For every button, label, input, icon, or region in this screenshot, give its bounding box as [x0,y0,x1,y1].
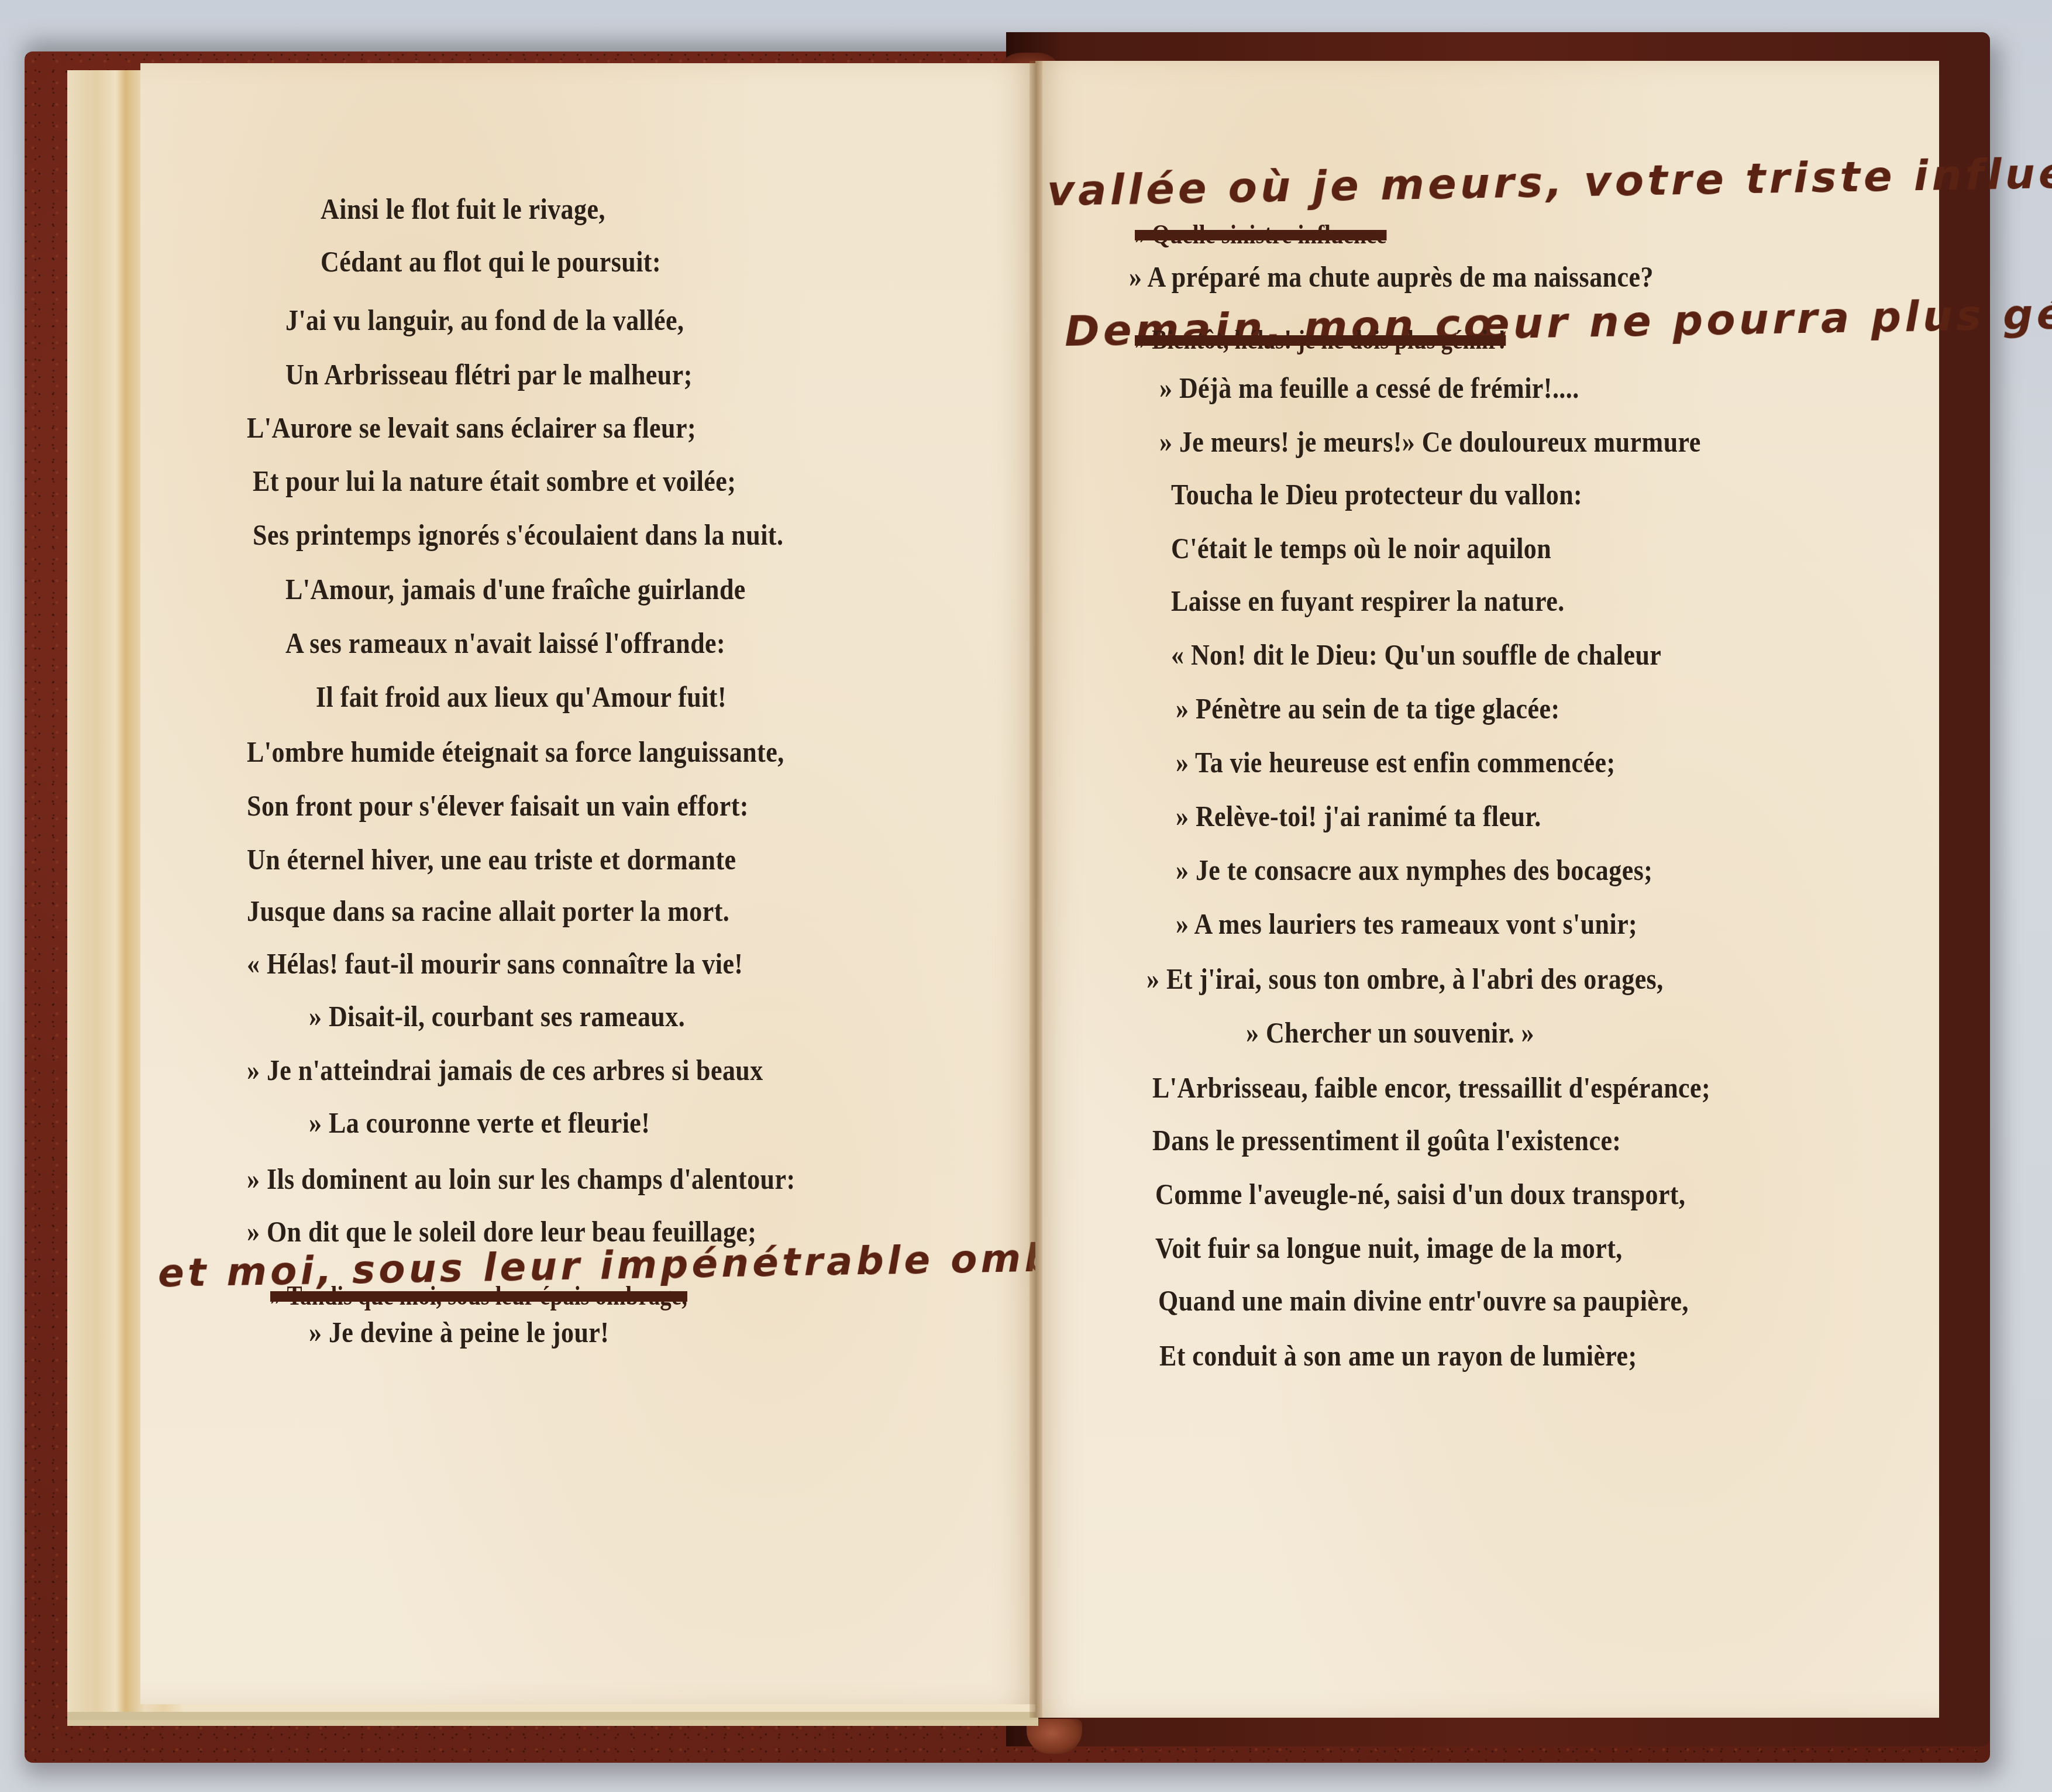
verse-line: J'ai vu languir, au fond de la vallée, [285,303,684,337]
verse-line: » Et j'irai, sous ton ombre, à l'abri de… [1146,962,1664,996]
verse-line: » Je meurs! je meurs!» Ce douloureux mur… [1159,425,1701,459]
verse-line: « Non! dit le Dieu: Qu'un souffle de cha… [1171,638,1661,672]
struck-through-line: » Bientôt, hélas! je ne dois plus gémir! [1135,324,1506,355]
verse-line: » A mes lauriers tes rameaux vont s'unir… [1176,907,1637,941]
verse-line: » Déjà ma feuille a cessé de frémir!.... [1159,371,1579,405]
verse-line: » Ta vie heureuse est enfin commencée; [1176,745,1616,779]
verse-line: Et pour lui la nature était sombre et vo… [253,464,736,498]
verse-line: Un éternel hiver, une eau triste et dorm… [247,842,736,876]
verse-line: Ainsi le flot fuit le rivage, [321,192,605,226]
verse-line: » Ils dominent au loin sur les champs d'… [247,1162,796,1196]
struck-through-line: » Quelle sinistre influence [1135,219,1386,250]
verse-line: C'était le temps où le noir aquilon [1171,531,1551,565]
verse-line: » Je n'atteindrai jamais de ces arbres s… [247,1053,763,1087]
verse-line: Dans le pressentiment il goûta l'existen… [1152,1123,1621,1157]
verse-line: Son front pour s'élever faisait un vain … [247,789,749,823]
verse-line: L'Amour, jamais d'une fraîche guirlande [285,572,746,606]
verse-line: Comme l'aveugle-né, saisi d'un doux tran… [1155,1177,1685,1211]
verse-line: Cédant au flot qui le poursuit: [321,245,661,278]
verse-line: » Je devine à peine le jour! [309,1315,609,1349]
verse-line: Quand une main divine entr'ouvre sa paup… [1158,1284,1689,1318]
verse-line: L'Aurore se levait sans éclairer sa fleu… [247,411,696,445]
right-page: vallée où je meurs, votre triste influen… [1035,61,1939,1718]
verse-line: Laisse en fuyant respirer la nature. [1171,584,1565,618]
verse-line: L'ombre humide éteignait sa force langui… [247,735,784,769]
verse-line: » Pénètre au sein de ta tige glacée: [1176,692,1560,725]
verse-line: » Relève-toi! j'ai ranimé ta fleur. [1176,799,1541,833]
left-page: Ainsi le flot fuit le rivage, Cédant au … [140,63,1035,1704]
verse-line: « Hélas! faut-il mourir sans connaître l… [247,947,743,981]
verse-line: » Chercher un souvenir. » [1246,1016,1534,1050]
verse-line: Et conduit à son ame un rayon de lumière… [1159,1339,1637,1373]
verse-line: A ses rameaux n'avait laissé l'offrande: [285,626,725,660]
verse-line: » Disait-il, courbant ses rameaux. [309,999,685,1033]
handwritten-correction-top: vallée où je meurs, votre triste influen [1046,147,2052,215]
book-gutter [1030,61,1042,1718]
verse-line: Voit fuir sa longue nuit, image de la mo… [1155,1231,1623,1265]
verse-line: » Je te consacre aux nymphes des bocages… [1176,853,1652,887]
verse-line: Un Arbrisseau flétri par le malheur; [285,357,693,391]
verse-line: Il fait froid aux lieux qu'Amour fuit! [316,680,727,714]
verse-line: Toucha le Dieu protecteur du vallon: [1171,477,1582,511]
verse-line: Jusque dans sa racine allait porter la m… [247,894,729,928]
verse-line: » La couronne verte et fleurie! [309,1106,650,1140]
verse-line: Ses printemps ignorés s'écoulaient dans … [253,518,783,552]
verse-line: L'Arbrisseau, faible encor, tressaillit … [1152,1071,1710,1105]
verse-line: » A préparé ma chute auprès de ma naissa… [1129,260,1654,294]
